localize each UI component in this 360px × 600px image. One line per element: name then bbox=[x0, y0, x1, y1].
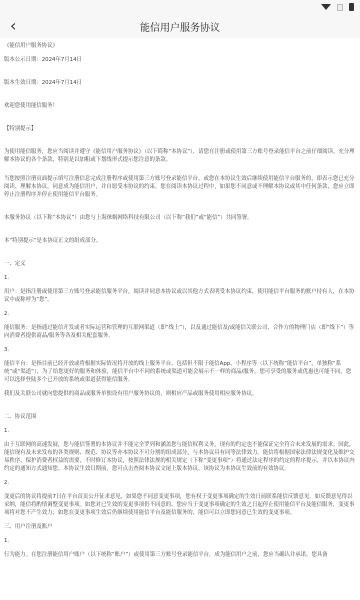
paragraph: 我们及关联公司就向您提供的商品或服务单独设有用户服务协议的，则相应产品或服务使用… bbox=[4, 390, 356, 398]
header: ‹ 能信用户服务协议 bbox=[0, 14, 360, 38]
section-heading: 三、用户注册及账户 bbox=[4, 523, 356, 531]
paragraph: 用户：是指注册或使用第三方账号登录能信服务平台，阅读并同意本协议或以其他方式表明… bbox=[4, 288, 356, 304]
status-bar bbox=[0, 0, 360, 14]
paragraph: 本服务协议（以下称“本协议”）由您与上海徕娲网络科技有限公司（以下称“我们”或“… bbox=[4, 214, 356, 222]
agreement-content[interactable]: 《能信用户服务协议》 版本公示日期：2024年7月14日 版本生效日期：2024… bbox=[0, 38, 360, 559]
section-heading: 二、协议范围 bbox=[4, 413, 356, 421]
paragraph: 变更后的协议将提前7日在平台首页公开征求意见，如果您不同意变更事项，您有权于变更… bbox=[4, 493, 356, 517]
welcome-text: 欢迎您使用能信服务！ bbox=[4, 102, 356, 110]
paragraph: 能信服务：是指通过能信开发或者实际运营和管理的互联网渠道（即“线上”），以及通过… bbox=[4, 324, 356, 340]
publish-date: 版本公示日期：2024年7月14日 bbox=[4, 56, 356, 64]
paragraph: 行为能力。在您注册能信用户账户（以下统称“账户”）或使用第三方账号登录能信平台，… bbox=[4, 551, 356, 559]
page-title: 能信用户服务协议 bbox=[0, 19, 360, 34]
section-heading: 一、定义 bbox=[4, 260, 356, 268]
paragraph: 能信平台：是指目前已经开放或将根据实际情况将开放的线上服务平台，包括但不限于能信… bbox=[4, 360, 356, 384]
paragraph: 为使用能信服务，您应当阅读并遵守《能信用户服务协议》（以下简称“本协议”），请您… bbox=[4, 148, 356, 164]
item-number: 2. bbox=[4, 479, 356, 487]
effective-date: 版本生效日期：2024年7月14日 bbox=[4, 79, 356, 87]
item-number: 2. bbox=[4, 310, 356, 318]
paragraph: 当您按照注册页面提示填写注册信息完成注册程序或使用第三方账号登录能信平台，或您在… bbox=[4, 175, 356, 199]
special-notice-heading: 【特别提示】 bbox=[4, 125, 356, 133]
item-number: 1. bbox=[4, 274, 356, 282]
sim-icon bbox=[337, 4, 343, 11]
doc-title: 《能信用户服务协议》 bbox=[4, 42, 356, 50]
battery-icon bbox=[349, 3, 354, 11]
paragraph: 本“特别提示”是本协议正文的组成部分。 bbox=[4, 237, 356, 245]
item-number: 3. bbox=[4, 346, 356, 354]
paragraph: 由于互联网的高速发展，您与能信签署的本协议并不能完全罗列和涵盖您与能信权利义务，… bbox=[4, 441, 356, 473]
item-number: 1. bbox=[4, 537, 356, 545]
back-icon[interactable]: ‹ bbox=[10, 16, 16, 36]
item-number: 1. bbox=[4, 427, 356, 435]
wifi-icon bbox=[321, 4, 331, 10]
